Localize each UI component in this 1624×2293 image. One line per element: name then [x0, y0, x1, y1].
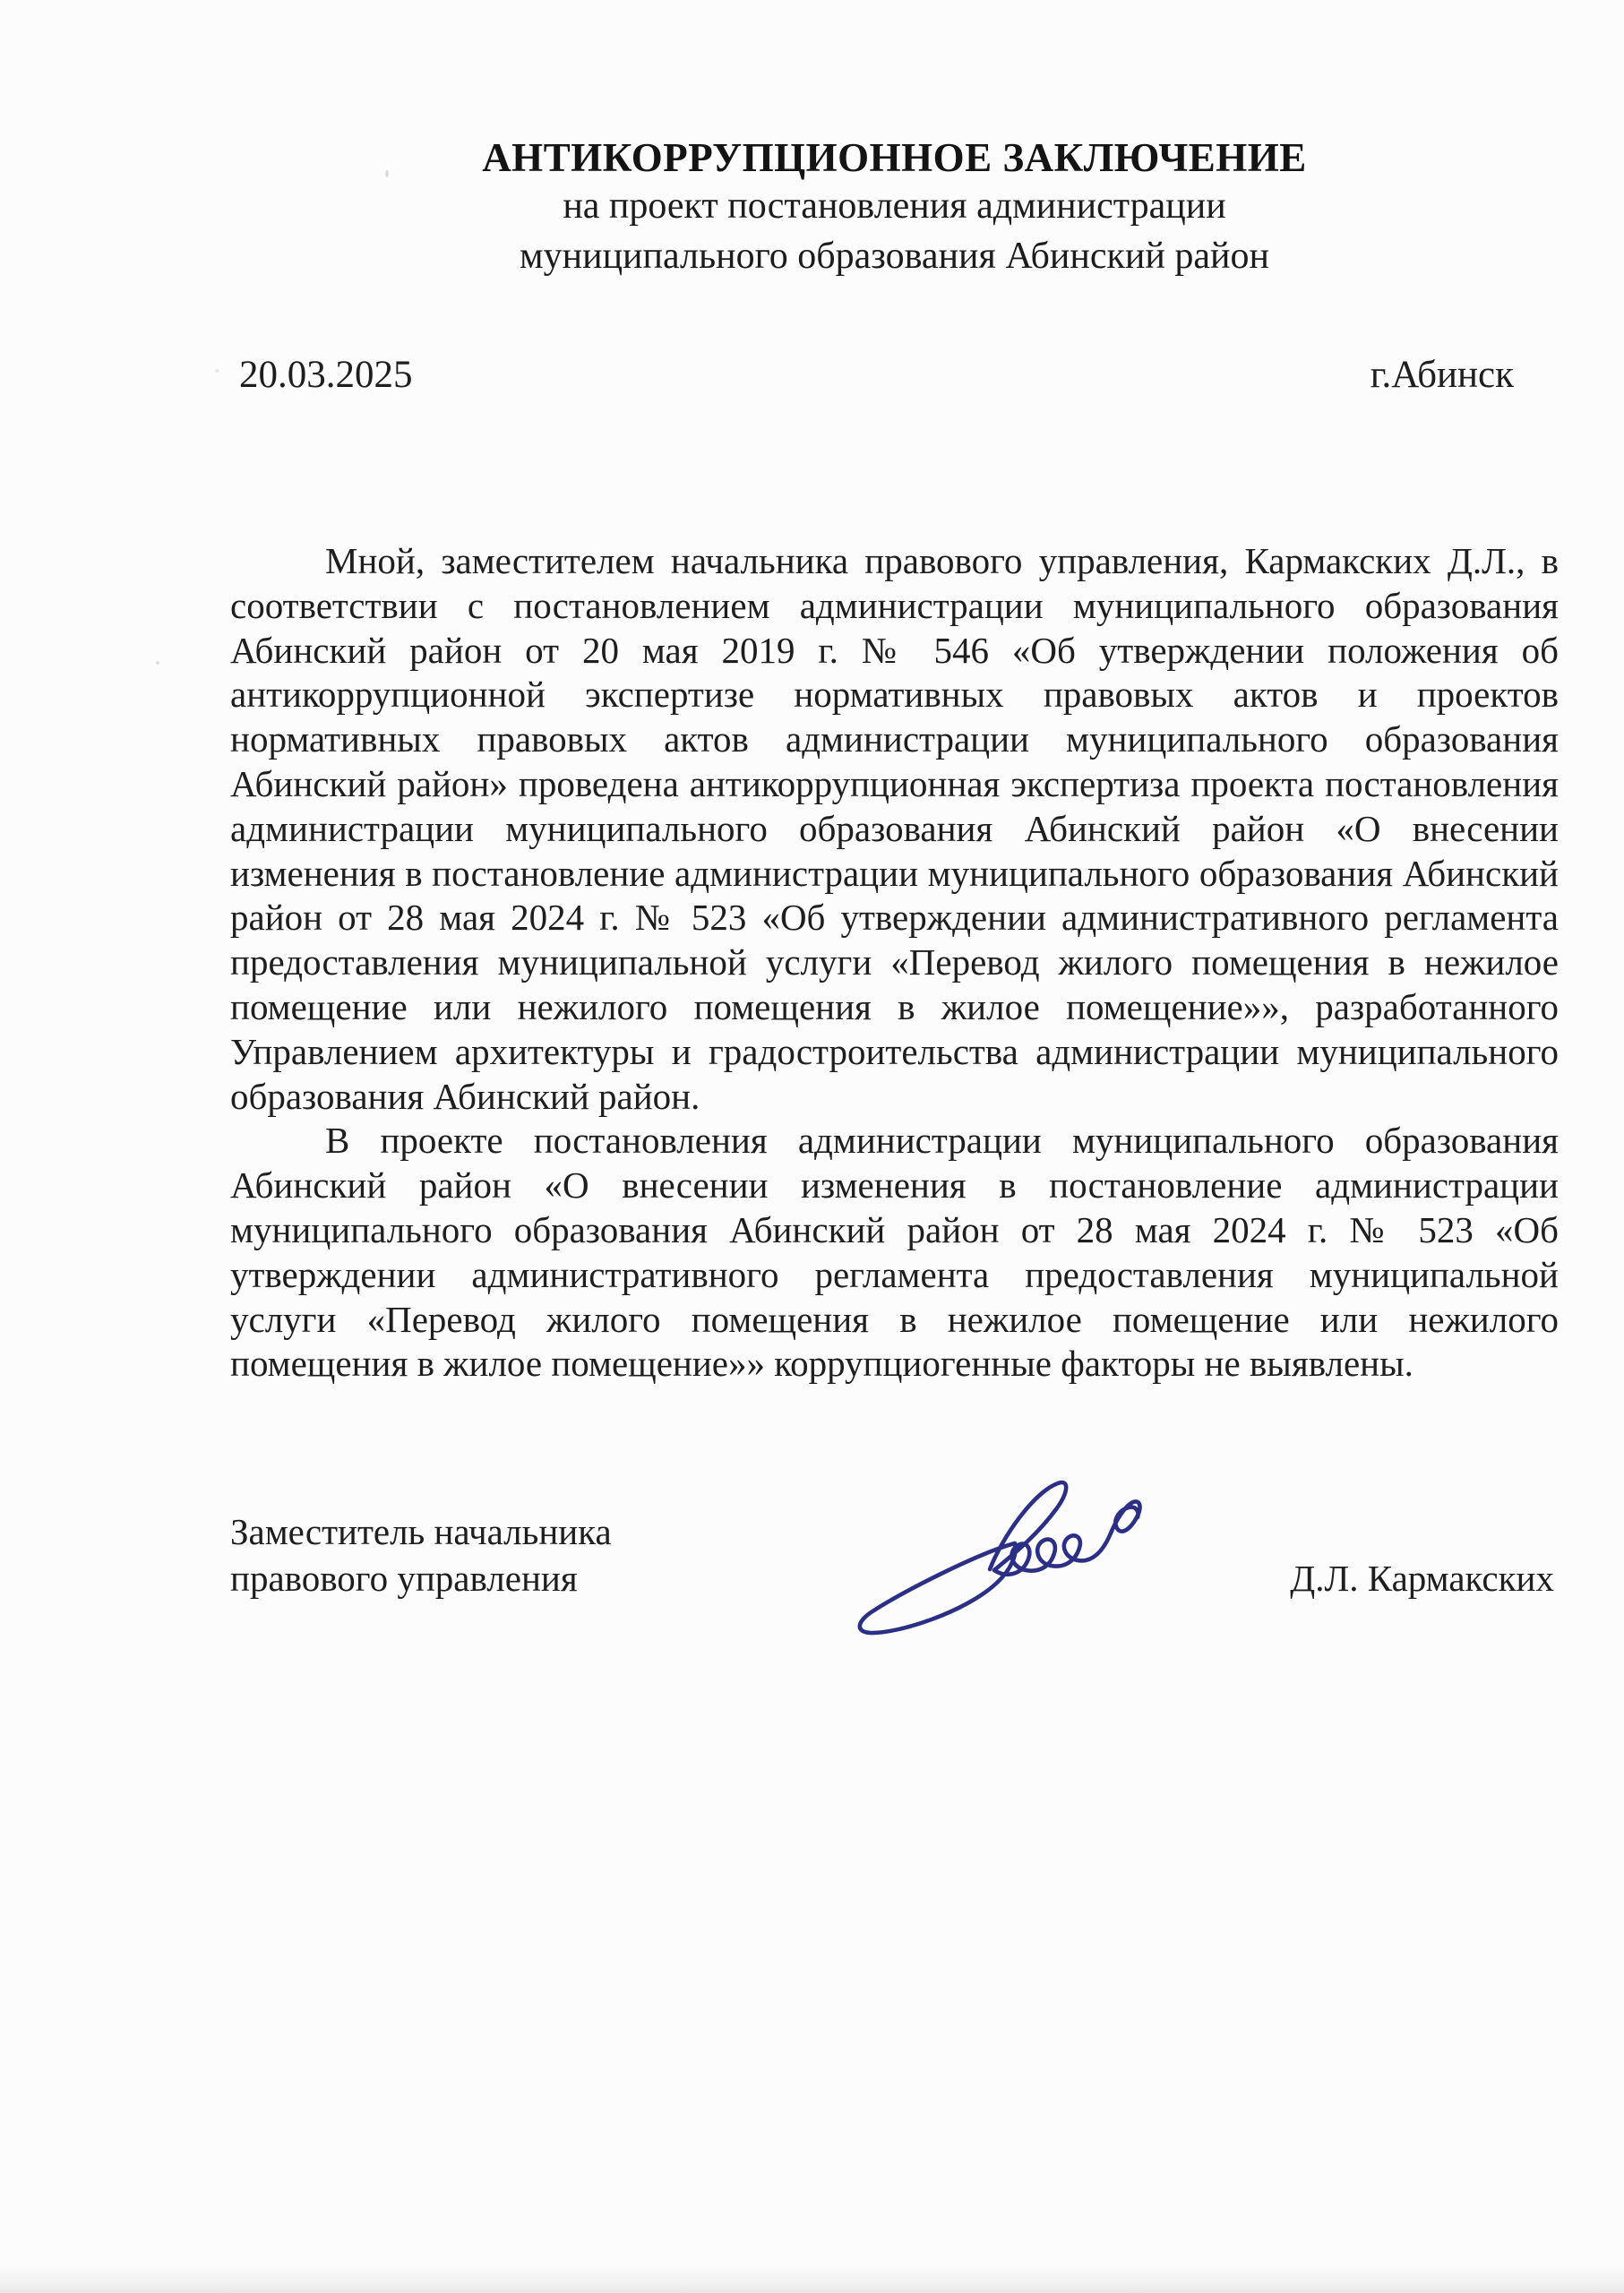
- document-header: АНТИКОРРУПЦИОННОЕ ЗАКЛЮЧЕНИЕ на проект п…: [230, 0, 1559, 281]
- signature-stroke-flourish: [994, 1501, 1139, 1574]
- document-title: АНТИКОРРУПЦИОННОЕ ЗАКЛЮЧЕНИЕ: [230, 134, 1559, 181]
- body-paragraph-2: В проекте постановления администрации му…: [230, 1119, 1559, 1387]
- handwritten-signature-icon: [824, 1460, 1182, 1756]
- document-body: Мной, заместителем начальника правового …: [230, 539, 1559, 1387]
- document-subtitle-line1: на проект постановления администрации: [230, 181, 1559, 231]
- body-paragraph-1: Мной, заместителем начальника правового …: [230, 539, 1559, 1119]
- document-date: 20.03.2025: [230, 353, 413, 398]
- signature-stroke-loop: [860, 1543, 1016, 1633]
- signer-name: Д.Л. Кармакских: [1290, 1555, 1554, 1602]
- scan-edge-shadow: [0, 2263, 1624, 2293]
- scan-speck: [385, 170, 389, 177]
- date-place-row: 20.03.2025 г.Абинск: [230, 353, 1559, 398]
- document-content: АНТИКОРРУПЦИОННОЕ ЗАКЛЮЧЕНИЕ на проект п…: [230, 0, 1559, 1387]
- document-place: г.Абинск: [1371, 353, 1559, 398]
- scan-speck: [215, 369, 219, 373]
- document-subtitle-line2: муниципального образования Абинский райо…: [230, 231, 1559, 281]
- scan-speck: [156, 661, 159, 665]
- document-page: АНТИКОРРУПЦИОННОЕ ЗАКЛЮЧЕНИЕ на проект п…: [0, 0, 1624, 2293]
